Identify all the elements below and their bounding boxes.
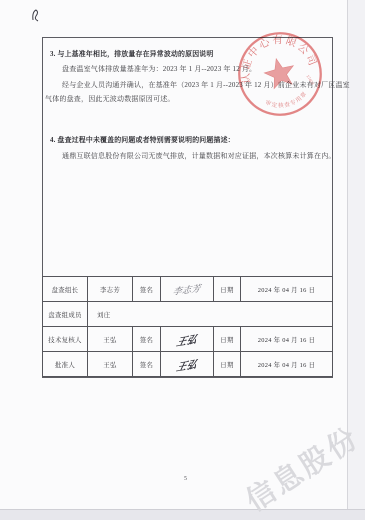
scanned-document-page: 3. 与上基准年相比，排放量存在异常波动的原因说明 盘查温室气体排放量基准年为：… <box>0 0 365 520</box>
name-cell: 刘庄 <box>88 302 333 327</box>
star-icon <box>262 55 298 90</box>
signature-li-zhifang: 李志芳 <box>172 281 202 298</box>
page-number: 5 <box>184 476 187 482</box>
sign-label-cell: 签名 <box>133 327 161 352</box>
date-cell: 2024 年 04 月 16 日 <box>241 352 333 377</box>
seal-serial-number: 17403 <box>305 74 314 85</box>
role-cell: 盘查组长 <box>43 277 88 302</box>
svg-text:审定核查专用章: 审定核查专用章 <box>263 88 311 114</box>
scanner-bed-strip <box>0 509 365 520</box>
section-3-heading: 3. 与上基准年相比，排放量存在异常波动的原因说明 <box>50 48 213 58</box>
sign-label-cell: 签名 <box>133 352 161 377</box>
table-row-member: 盘查组成员 刘庄 <box>43 302 333 327</box>
seal-arc-bottom-text: 审定核查专用章 <box>263 88 311 114</box>
table-row-leader: 盘查组长 李志芳 签名 李志芳 日期 2024 年 04 月 16 日 <box>43 277 333 302</box>
table-row-reviewer: 技术复核人 王弘 签名 王弘 日期 2024 年 04 月 16 日 <box>43 327 333 352</box>
section-3-paragraph-1: 盘查温室气体排放量基准年为：2023 年 1 月--2023 年 12 月。 <box>62 64 256 74</box>
date-label-cell: 日期 <box>214 327 241 352</box>
pen-scribble-mark <box>30 8 42 24</box>
red-company-seal-stamp: 认证中心有限公司 审定核查专用章 17403 <box>233 27 327 121</box>
watermark-text: 信息股份 <box>237 416 365 520</box>
date-cell: 2024 年 04 月 16 日 <box>241 327 333 352</box>
date-label-cell: 日期 <box>214 352 241 377</box>
section-4-heading: 4. 盘查过程中未覆盖的问题或者特别需要说明的问题描述： <box>50 134 235 144</box>
role-cell: 技术复核人 <box>43 327 88 352</box>
name-cell: 王弘 <box>88 352 133 377</box>
name-cell: 王弘 <box>88 327 133 352</box>
role-cell: 批准人 <box>43 352 88 377</box>
name-cell: 李志芳 <box>88 277 133 302</box>
signature-wang-hong: 王弘 <box>175 329 200 348</box>
table-row-approver: 批准人 王弘 签名 王弘 日期 2024 年 04 月 16 日 <box>43 352 333 377</box>
sign-label-cell: 签名 <box>133 277 161 302</box>
role-cell: 盘查组成员 <box>43 302 88 327</box>
signature-wang-hong: 王弘 <box>175 354 200 373</box>
signature-table: 盘查组长 李志芳 签名 李志芳 日期 2024 年 04 月 16 日 盘查组成… <box>42 276 333 377</box>
signature-cell: 王弘 <box>161 352 214 377</box>
signature-cell: 李志芳 <box>161 277 214 302</box>
section-4-paragraph-1: 通鼎互联信息股份有限公司无废气排放，计量数据和对应证据，本次核算未计算在内。 <box>62 151 336 161</box>
date-cell: 2024 年 04 月 16 日 <box>241 277 333 302</box>
signature-cell: 王弘 <box>161 327 214 352</box>
date-label-cell: 日期 <box>214 277 241 302</box>
section-3-paragraph-2-line-2: 气体的盘查，因此无波动数据原因可述。 <box>45 94 175 104</box>
